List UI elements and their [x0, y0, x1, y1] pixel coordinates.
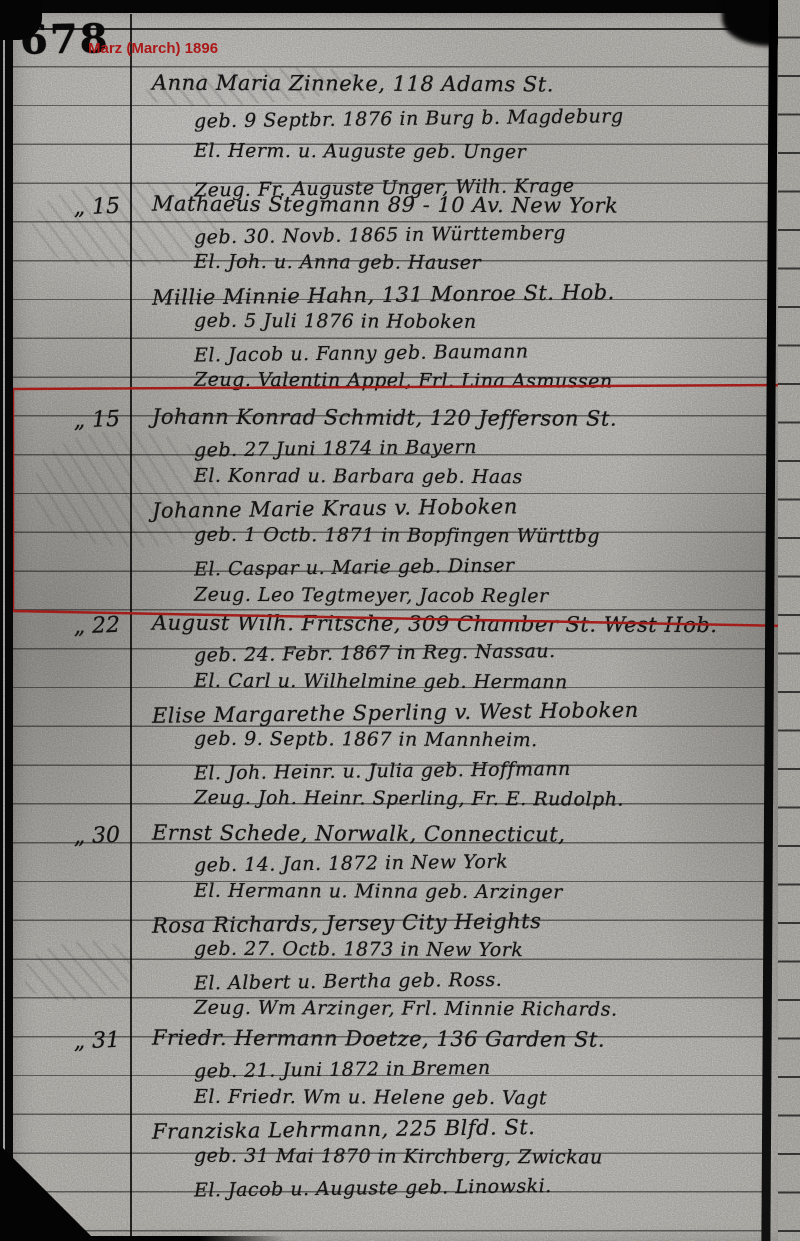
- register-line: geb. 1 Octb. 1871 in Bopfingen Württbg: [142, 524, 800, 549]
- register-line: geb. 5 Juli 1876 in Hoboken: [142, 310, 800, 335]
- entry-margin-date: „ 15: [50, 194, 121, 221]
- register-line: Anna Maria Zinneke, 118 Adams St.: [142, 71, 777, 98]
- top-frame-line: [14, 28, 770, 30]
- entry-margin-date: „ 15: [50, 407, 121, 434]
- register-line: August Wilh. Fritsche, 309 Chamber St. W…: [142, 611, 777, 638]
- register-line: geb. 27. Octb. 1873 in New York: [142, 938, 800, 963]
- register-line: Zeug. Joh. Heinr. Sperling, Fr. E. Rudol…: [142, 787, 800, 812]
- register-line: Mathaeus Stegmann 89 - 10 Av. New York: [142, 192, 777, 219]
- register-line: El. Herm. u. Auguste geb. Unger: [142, 140, 800, 165]
- register-line: Friedr. Hermann Doetze, 136 Garden St.: [142, 1026, 777, 1053]
- adjacent-page-sliver: [778, 0, 800, 1241]
- register-line: El. Hermann u. Minna geb. Arzinger: [142, 880, 800, 905]
- register-line: El. Joh. u. Anna geb. Hauser: [142, 251, 800, 276]
- register-line: Zeug. Wm Arzinger, Frl. Minnie Richards.: [142, 997, 800, 1022]
- register-line: Zeug. Leo Tegtmeyer, Jacob Regler: [142, 584, 800, 609]
- register-line: El. Friedr. Wm u. Helene geb. Vagt: [142, 1086, 800, 1111]
- month-annotation-label: Marz (March) 1896: [88, 40, 218, 57]
- register-line: Johann Konrad Schmidt, 120 Jefferson St.: [142, 405, 777, 432]
- scan-edge-left: [0, 0, 13, 1241]
- entry-margin-date: „ 22: [50, 613, 121, 640]
- scan-edge-bottom: [0, 1236, 285, 1241]
- register-line: El. Carl u. Wilhelmine geb. Hermann: [142, 670, 800, 695]
- scan-edge-top: [0, 0, 800, 13]
- register-line: El. Konrad u. Barbara geb. Haas: [142, 465, 800, 490]
- register-line: geb. 31 Mai 1870 in Kirchberg, Zwickau: [142, 1145, 800, 1170]
- register-line: geb. 9. Septb. 1867 in Mannheim.: [142, 728, 800, 753]
- register-line: Zeug. Valentin Appel, Frl. Lina Asmussen: [142, 369, 800, 394]
- register-page-scan: 678 Marz (March) 1896 Anna Maria Zinneke…: [0, 0, 800, 1241]
- entry-margin-date: „ 31: [50, 1028, 121, 1055]
- entry-margin-date: „ 30: [50, 823, 121, 850]
- register-line: Ernst Schede, Norwalk, Connecticut,: [142, 821, 777, 848]
